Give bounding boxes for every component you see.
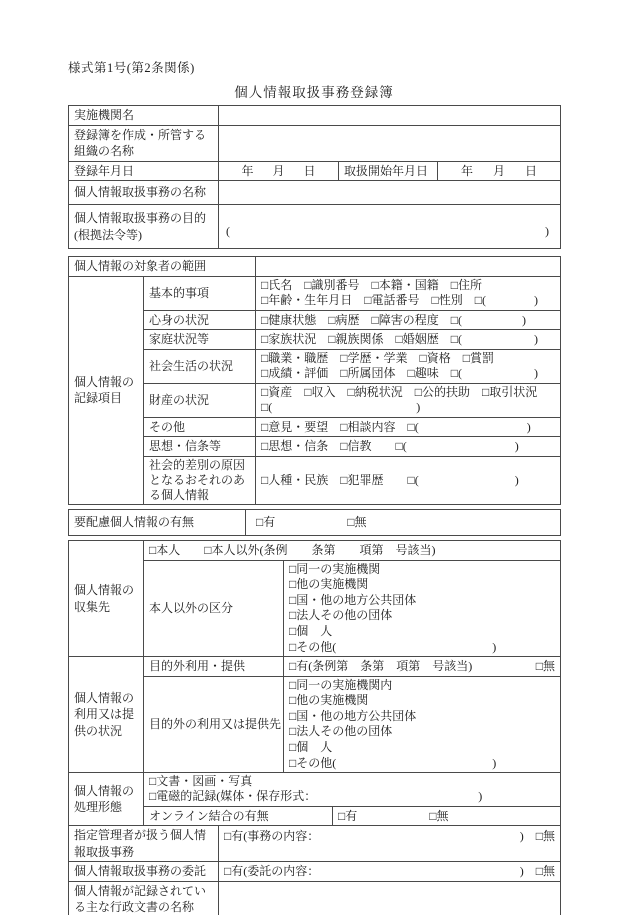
document-page: 様式第1号(第2条関係) 個人情報取扱事務登録簿 実施機関名 登録簿を作成・所管… (0, 0, 630, 915)
collection-principal-options: □本人 □本人以外(条例 条第 項第 号該当) (144, 541, 561, 561)
purpose-label: 個人情報取扱事務の目的 (根拠法令等) (69, 205, 219, 249)
record-items-table: 個人情報の対象者の範囲 個人情報の記録項目 基本的事項 □氏名 □識別番号 □本… (68, 256, 561, 505)
sensitive-info-row: 要配慮個人情報の有無 □有 □無 (69, 510, 561, 536)
destination-label: 目的外の利用又は提供先 (144, 676, 284, 773)
checkbox-line: □他の実施機関 (289, 693, 555, 709)
registration-date-label: 登録年月日 (69, 161, 219, 181)
non-principal-label: 本人以外の区分 (144, 560, 284, 657)
checkbox-line: □個 人 (289, 624, 555, 640)
admin-documents-field (219, 881, 561, 915)
org-row: 登録簿を作成・所管する組織の名称 (69, 125, 561, 161)
checkbox-line: □職業・職歴 □学歴・学業 □資格 □賞罰 (261, 351, 555, 366)
category-social-life-label: 社会生活の状況 (144, 349, 256, 383)
checkbox-line: □国・他の地方公共団体 (289, 593, 555, 609)
day-label: 日 (303, 163, 315, 180)
use-provision-label: 個人情報の利用又は提供の状況 (69, 657, 144, 773)
category-mind-body-options: □健康状態 □病歴 □障害の程度 □( ) (256, 310, 561, 330)
sensitive-info-options: □有 □無 (246, 510, 561, 536)
checkbox-line: □( ) (261, 400, 555, 415)
category-belief-options: □思想・信条 □信教 □( ) (256, 437, 561, 457)
category-mind-body-label: 心身の状況 (144, 310, 256, 330)
admin-documents-label: 個人情報が記録されている主な行政文書の名称 (69, 881, 219, 915)
out-of-purpose-label: 目的外利用・提供 (144, 657, 284, 677)
category-belief-label: 思想・信条等 (144, 437, 256, 457)
checkbox-line: □その他( ) (289, 640, 555, 656)
task-name-row: 個人情報取扱事務の名称 (69, 181, 561, 205)
online-link-label: オンライン結合の有無 (144, 806, 333, 826)
task-name-label: 個人情報取扱事務の名称 (69, 181, 219, 205)
close-paren: ) (545, 223, 549, 240)
collection-source-table: 個人情報の収集先 □本人 □本人以外(条例 条第 項第 号該当) 本人以外の区分… (68, 540, 561, 657)
agency-name-field (219, 106, 561, 126)
processing-form-label: 個人情報の処理形態 (69, 773, 144, 826)
checkbox-line: □成績・評価 □所属団体 □趣味 □( ) (261, 366, 555, 381)
outsourcing-label: 個人情報取扱事務の委託 (69, 862, 219, 882)
collection-principal-row: 個人情報の収集先 □本人 □本人以外(条例 条第 項第 号該当) (69, 541, 561, 561)
designated-manager-label: 指定管理者が扱う個人情報取扱事務 (69, 826, 219, 862)
date-row: 登録年月日 年 月 日 取扱開始年月日 年 月 日 (69, 161, 561, 181)
checkbox-line: □法人その他の団体 (289, 608, 555, 624)
category-social-life-options: □職業・職歴 □学歴・学業 □資格 □賞罰 □成績・評価 □所属団体 □趣味 □… (256, 349, 561, 383)
outsourcing-options: □有(委託の内容： ) □無 (219, 862, 561, 882)
purpose-label-line1: 個人情報取扱事務の目的 (74, 210, 213, 227)
checkbox-line: □その他( ) (289, 756, 555, 772)
checkbox-line: □同一の実施機関内 (289, 678, 555, 694)
agency-name-label: 実施機関名 (69, 106, 219, 126)
checkbox-line: □同一の実施機関 (289, 562, 555, 578)
org-name-label: 登録簿を作成・所管する組織の名称 (69, 125, 219, 161)
category-discrimination-options: □人種・民族 □犯罪歴 □( ) (256, 456, 561, 505)
record-row-basic: 個人情報の記録項目 基本的事項 □氏名 □識別番号 □本籍・国籍 □住所 □年齢… (69, 276, 561, 310)
task-name-field (219, 181, 561, 205)
category-basic-options: □氏名 □識別番号 □本籍・国籍 □住所 □年齢・生年月日 □電話番号 □性別 … (256, 276, 561, 310)
record-items-label: 個人情報の記録項目 (69, 276, 144, 505)
out-of-purpose-options: □有(条例第 条第 項第 号該当) □無 (284, 657, 561, 677)
processing-media-row: 個人情報の処理形態 □文書・図画・写真 □電磁的記録(媒体・保存形式： ) (69, 773, 561, 806)
category-property-label: 財産の状況 (144, 383, 256, 417)
checkbox-line: □年齢・生年月日 □電話番号 □性別 □( ) (261, 293, 555, 308)
agency-row: 実施機関名 (69, 106, 561, 126)
checkbox-line: □無 (536, 658, 555, 675)
checkbox-line: ) □無 (520, 828, 555, 845)
non-principal-options: □同一の実施機関 □他の実施機関 □国・他の地方公共団体 □法人その他の団体 □… (284, 560, 561, 657)
checkbox-line: □有(事務の内容： (224, 828, 319, 845)
checkbox-line: □有(条例第 条第 項第 号該当) (289, 658, 472, 675)
checkbox-line: □法人その他の団体 (289, 724, 555, 740)
category-basic-label: 基本的事項 (144, 276, 256, 310)
designated-manager-options: □有(事務の内容： ) □無 (219, 826, 561, 862)
use-provision-table: 個人情報の利用又は提供の状況 目的外利用・提供 □有(条例第 条第 項第 号該当… (68, 656, 561, 773)
day-label: 日 (525, 163, 537, 180)
admin-documents-row: 個人情報が記録されている主な行政文書の名称 (69, 881, 561, 915)
processing-media-options: □文書・図画・写真 □電磁的記録(媒体・保存形式： ) (144, 773, 561, 806)
purpose-label-line2: (根拠法令等) (74, 227, 213, 244)
checkbox-line: □電磁的記録(媒体・保存形式： ) (149, 789, 555, 804)
checkbox-line: □氏名 □識別番号 □本籍・国籍 □住所 (261, 278, 555, 293)
handling-start-date-field: 年 月 日 (438, 161, 561, 181)
online-link-options: □有 □無 (333, 806, 561, 826)
designated-manager-row: 指定管理者が扱う個人情報取扱事務 □有(事務の内容： ) □無 (69, 826, 561, 862)
checkbox-line: ) □無 (520, 863, 555, 880)
form-number: 様式第1号(第2条関係) (68, 60, 630, 77)
subject-scope-row: 個人情報の対象者の範囲 (69, 257, 561, 277)
category-property-options: □資産 □収入 □納税状況 □公的扶助 □取引状況 □( ) (256, 383, 561, 417)
month-label: 月 (493, 163, 505, 180)
bottom-table: 指定管理者が扱う個人情報取扱事務 □有(事務の内容： ) □無 個人情報取扱事務… (68, 825, 561, 915)
category-discrimination-label: 社会的差別の原因となるおそれのある個人情報 (144, 456, 256, 505)
destination-options: □同一の実施機関内 □他の実施機関 □国・他の地方公共団体 □法人その他の団体 … (284, 676, 561, 773)
out-of-purpose-row: 個人情報の利用又は提供の状況 目的外利用・提供 □有(条例第 条第 項第 号該当… (69, 657, 561, 677)
category-family-label: 家庭状況等 (144, 330, 256, 350)
open-paren: ( (226, 223, 230, 240)
checkbox-line: □個 人 (289, 740, 555, 756)
header-info-table: 実施機関名 登録簿を作成・所管する組織の名称 登録年月日 年 月 日 取扱開始年… (68, 105, 561, 249)
category-other-label: その他 (144, 417, 256, 437)
checkbox-line: □国・他の地方公共団体 (289, 709, 555, 725)
document-title: 個人情報取扱事務登録簿 (68, 81, 560, 101)
registration-date-field: 年 月 日 (219, 161, 339, 181)
year-label: 年 (241, 163, 253, 180)
collection-source-label: 個人情報の収集先 (69, 541, 144, 657)
checkbox-line: □文書・図画・写真 (149, 774, 555, 789)
processing-form-table: 個人情報の処理形態 □文書・図画・写真 □電磁的記録(媒体・保存形式： ) オン… (68, 772, 561, 826)
category-other-options: □意見・要望 □相談内容 □( ) (256, 417, 561, 437)
org-name-field (219, 125, 561, 161)
subject-scope-label: 個人情報の対象者の範囲 (69, 257, 256, 277)
checkbox-line: □他の実施機関 (289, 577, 555, 593)
handling-start-date-label: 取扱開始年月日 (339, 161, 438, 181)
purpose-field: ( ) (219, 205, 561, 249)
year-label: 年 (461, 163, 473, 180)
sensitive-info-table: 要配慮個人情報の有無 □有 □無 (68, 509, 561, 536)
category-family-options: □家族状況 □親族関係 □婚姻歴 □( ) (256, 330, 561, 350)
checkbox-line: □資産 □収入 □納税状況 □公的扶助 □取引状況 (261, 385, 555, 400)
checkbox-line: □有(委託の内容： (224, 863, 319, 880)
month-label: 月 (272, 163, 284, 180)
purpose-row: 個人情報取扱事務の目的 (根拠法令等) ( ) (69, 205, 561, 249)
subject-scope-field (256, 257, 561, 277)
outsourcing-row: 個人情報取扱事務の委託 □有(委託の内容： ) □無 (69, 862, 561, 882)
sensitive-info-label: 要配慮個人情報の有無 (69, 510, 246, 536)
